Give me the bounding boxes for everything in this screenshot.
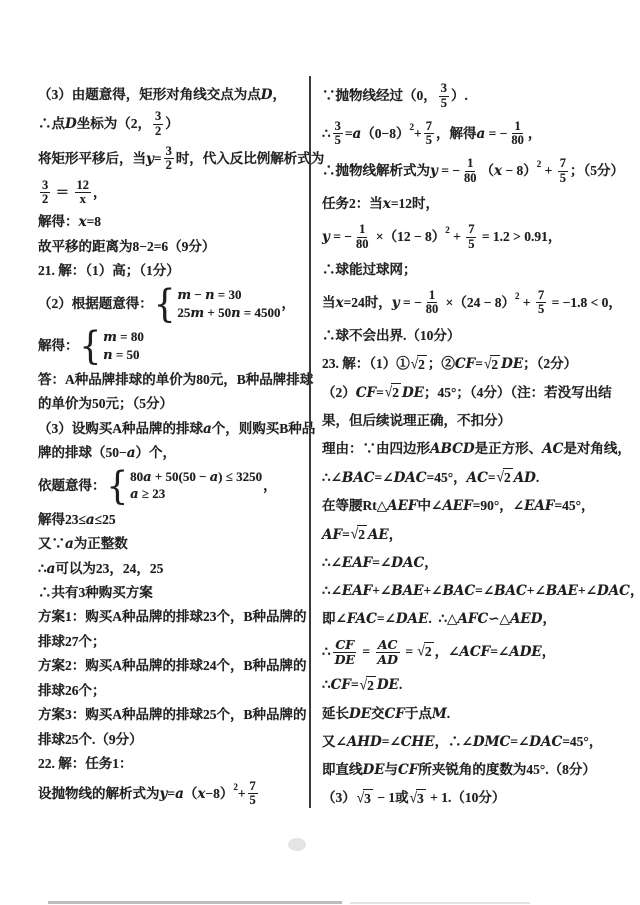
text-run: ；（5分）	[570, 162, 624, 180]
text-run: ∴球不会出界.（10分）	[322, 327, 460, 345]
text-line: 又∵a为正整数	[38, 535, 310, 553]
text-run: ，	[424, 554, 438, 572]
text-line: ∴抛物线解析式为y = −180（x − 8）2 + 75；（5分）	[322, 157, 620, 185]
text-run: 解得23≤	[38, 511, 86, 529]
text-run: ，解得	[436, 125, 477, 143]
text-run: （2）根据题意得：	[38, 295, 153, 313]
text-line: 23. 解：（1）①√2；②CF=√2DE；（2分）	[322, 355, 620, 374]
math-variable: n	[205, 288, 214, 303]
radical: √2	[351, 525, 367, 544]
fraction: CFDE	[333, 638, 357, 666]
text-run: ；45°；（4分）（注：若没写出结	[424, 384, 612, 402]
fraction-denominator: 80	[424, 303, 441, 317]
text-run: .	[536, 469, 539, 487]
fraction-numerator: 1	[357, 223, 367, 238]
text-run: ∴∠	[322, 554, 342, 572]
text-run: =24时，	[344, 294, 392, 312]
answer-sheet-page: （3）由题意得，矩形对角线交点为点D，∴点D坐标为（2，32）将矩形平移后，当y…	[0, 0, 640, 905]
math-variable: x	[383, 195, 391, 213]
math-variable: a	[203, 420, 212, 438]
text-run: − 8）	[502, 162, 537, 180]
math-text: 25	[177, 305, 190, 320]
equation-system: {m − n = 3025m + 50n = 4500	[154, 287, 281, 323]
column-divider-line	[309, 76, 311, 808]
scan-artifact-bar-light	[350, 902, 530, 904]
math-variable: x	[79, 213, 87, 231]
radicand: 2	[503, 468, 513, 487]
text-line: 22. 解：任务1：	[38, 755, 310, 773]
text-run: =90°，∠	[473, 497, 524, 515]
text-line: 的单价为50元；（5分）	[38, 395, 310, 413]
text-run: +	[414, 125, 422, 143]
text-run: 中∠	[418, 497, 443, 515]
radical-sign: √	[417, 642, 424, 662]
math-variable: y	[322, 228, 330, 246]
text-run: =8	[87, 213, 101, 231]
text-run: 排球26个；	[38, 682, 106, 700]
math-text: + 50	[204, 305, 231, 320]
math-variable: AFC	[457, 610, 488, 628]
fraction: 180	[509, 120, 526, 148]
text-run: ＝	[52, 184, 72, 202]
fraction: 35	[333, 120, 343, 148]
fraction-numerator: 1	[427, 289, 437, 304]
text-line: ∵抛物线经过（0，35）.	[322, 82, 620, 110]
math-variable: ACF	[459, 643, 490, 661]
math-variable: FAC	[347, 610, 377, 628]
math-text: ) ≤ 3250	[218, 469, 262, 484]
fraction-numerator: CF	[333, 638, 356, 653]
text-line: 牌的排球（50−a）个，	[38, 444, 310, 462]
math-variable: AHD	[347, 733, 382, 751]
text-run: 即直线	[322, 761, 363, 779]
fraction: 75	[466, 223, 476, 251]
text-line: （2）CF=√2DE；45°；（4分）（注：若没写出结	[322, 383, 620, 402]
system-brace-icon: {	[107, 470, 129, 502]
text-run: +	[450, 228, 464, 246]
fraction-numerator: 1	[465, 157, 475, 172]
text-run: 又∵	[38, 535, 65, 553]
fraction-denominator: 2	[40, 193, 50, 207]
text-line: y = −180 ×（12 − 8）2 + 75 = 1.2 > 0.91，	[322, 223, 620, 251]
radical-sign: √	[411, 354, 418, 374]
system-row: 25m + 50n = 4500	[177, 305, 280, 323]
math-variable: BAE	[546, 582, 578, 600]
text-run: 又∠	[322, 733, 347, 751]
math-text: = 30	[215, 287, 242, 302]
fraction-denominator: 5	[466, 238, 476, 252]
text-run: +∠	[372, 582, 391, 600]
radical: √2	[417, 642, 433, 661]
system-rows: m = 80n = 50	[103, 329, 144, 365]
math-variable: n	[103, 348, 112, 363]
text-run: 排球25个.（9分）	[38, 731, 143, 749]
text-line: 排球27个；	[38, 633, 310, 651]
math-variable: y	[146, 150, 154, 168]
text-run: ，	[93, 184, 107, 202]
system-row: a ≥ 23	[130, 486, 262, 504]
text-run: = −	[330, 228, 352, 246]
text-run: =	[402, 643, 416, 661]
text-run: （3）	[322, 789, 356, 807]
math-variable: DE	[402, 384, 424, 402]
math-text: = 4500	[241, 305, 281, 320]
math-variable: EAF	[524, 497, 554, 515]
text-run: 的单价为50元；（5分）	[38, 395, 173, 413]
fraction-denominator: 2	[153, 125, 163, 139]
fraction-numerator: 7	[424, 120, 434, 135]
math-variable: AEF	[387, 497, 417, 515]
text-line: 故平移的距离为8−2=6（9分）	[38, 238, 310, 256]
text-line: AF=√2AE，	[322, 525, 620, 544]
fraction-numerator: 7	[558, 157, 568, 172]
math-variable: DAC	[597, 582, 630, 600]
fraction: 75	[536, 289, 546, 317]
fraction: 180	[462, 157, 479, 185]
fraction-denominator: 80	[509, 134, 526, 148]
text-run: （3）由题意得，矩形对角线交点为点	[38, 86, 261, 104]
text-line: 排球25个.（9分）	[38, 731, 310, 749]
text-run: = 1.2 > 0.91，	[478, 228, 561, 246]
text-run: =∠	[372, 554, 391, 572]
text-run: . ∴△	[428, 610, 457, 628]
text-line: ∴∠EAF=∠DAC，	[322, 554, 620, 572]
text-line: ∴a可以为23，24，25	[38, 560, 310, 578]
math-text: + 50(50 −	[152, 469, 210, 484]
text-run: − 1或	[374, 789, 409, 807]
text-run: ，∴∠	[435, 733, 473, 751]
fraction-denominator: DE	[333, 653, 357, 667]
text-line: 当x=24时，y = −180 ×（24 − 8）2 + 75 = −1.8 <…	[322, 289, 620, 317]
text-run: 任务2：当	[322, 195, 383, 213]
text-run: 时，代入反比例解析式为	[176, 150, 325, 168]
text-line: ∴点D坐标为（2，32）	[38, 110, 310, 138]
text-run: 于点	[405, 705, 432, 723]
text-run: +	[541, 162, 555, 180]
text-line: 方案2：购买A种品牌的排球24个，B种品牌的	[38, 657, 310, 675]
text-line: 即∠FAC=∠DAE. ∴△AFC∽△AED，	[322, 610, 620, 628]
math-variable: CF	[356, 384, 376, 402]
text-run: 故平移的距离为8−2=6（9分）	[38, 238, 215, 256]
text-run: =∠	[490, 643, 509, 661]
text-run: 依题意得：	[38, 477, 106, 495]
text-run: =	[359, 643, 373, 661]
fraction-numerator: 3	[164, 145, 174, 160]
math-variable: D	[261, 86, 273, 104]
text-run: ∴	[322, 125, 331, 143]
text-run: =	[345, 125, 353, 143]
text-run: ∴点	[38, 115, 65, 133]
math-variable: DAE	[396, 610, 428, 628]
math-variable: AC	[467, 469, 488, 487]
text-run: =	[342, 526, 350, 544]
text-run: ×（24 − 8）	[442, 294, 515, 312]
text-run: ∴∠	[322, 469, 342, 487]
fraction-denominator: 5	[558, 172, 568, 186]
scan-artifact-bar	[48, 901, 342, 904]
math-variable: DMC	[473, 733, 510, 751]
math-variable: a	[175, 785, 184, 803]
fraction: 75	[558, 157, 568, 185]
math-variable: x	[494, 162, 502, 180]
text-run: （0−8）	[361, 125, 409, 143]
text-line: 延长DE交CF于点M.	[322, 705, 620, 723]
fraction-denominator: AD	[375, 653, 400, 667]
math-variable: CHE	[401, 733, 435, 751]
text-line: 解得23≤a≤25	[38, 511, 310, 529]
fraction-denominator: 5	[536, 303, 546, 317]
text-line: 方案3：购买A种品牌的排球25个，B种品牌的	[38, 706, 310, 724]
radical-sign: √	[357, 788, 364, 808]
text-run: +	[520, 294, 534, 312]
text-run: 即∠	[322, 610, 347, 628]
text-run: 解得：	[38, 337, 79, 355]
math-variable: x	[336, 294, 344, 312]
radicand: 3	[416, 789, 426, 808]
text-run: +	[238, 785, 246, 803]
fraction-numerator: 3	[40, 179, 50, 194]
scan-smudge	[288, 838, 306, 851]
text-line: 32 ＝ 12x，	[38, 179, 310, 207]
text-run: （	[481, 162, 495, 180]
text-line: 任务2：当x=12时，	[322, 195, 620, 213]
text-run: 坐标为（2，	[77, 115, 151, 133]
text-line: 理由：∵由四边形ABCD是正方形、AC是对角线，	[322, 440, 620, 458]
text-line: 即直线DE与CF所夹锐角的度数为45°.（8分）	[322, 761, 620, 779]
fraction-denominator: 80	[462, 172, 479, 186]
math-variable: a	[210, 470, 218, 485]
text-run: ∴	[322, 676, 331, 694]
text-run: 牌的排球（50−	[38, 444, 127, 462]
text-run: ∴球能过球网；	[322, 261, 417, 279]
text-run: 与	[385, 761, 399, 779]
fraction-denominator: 5	[333, 134, 343, 148]
text-run: ，	[389, 526, 403, 544]
right-column: ∵抛物线经过（0，35）.∴35=a（0−8）2+75，解得a = −180，∴…	[322, 82, 620, 808]
radical: √2	[484, 355, 500, 374]
text-line: 排球26个；	[38, 682, 310, 700]
fraction: ACAD	[375, 638, 400, 666]
math-variable: ADE	[509, 643, 541, 661]
math-variable: DE	[377, 676, 399, 694]
text-run: =45°，	[554, 497, 594, 515]
math-variable: CF	[398, 761, 418, 779]
text-run: =	[351, 676, 359, 694]
text-line: 解得：x=8	[38, 213, 310, 231]
text-run: ，	[542, 643, 556, 661]
text-run: ，	[630, 582, 640, 600]
equation-system: {80a + 50(50 − a) ≤ 3250a ≥ 23	[107, 469, 263, 505]
math-variable: DE	[349, 705, 371, 723]
text-line: 又∠AHD=∠CHE，∴∠DMC=∠DAC=45°，	[322, 733, 620, 751]
math-variable: m	[190, 306, 204, 321]
math-text: −	[191, 287, 205, 302]
text-run: ∴共有3种购买方案	[38, 584, 153, 602]
text-run: ；②	[428, 355, 455, 373]
math-variable: a	[143, 470, 151, 485]
text-run: ，	[263, 477, 277, 495]
math-variable: CF	[455, 355, 475, 373]
fraction-denominator: 80	[354, 238, 371, 252]
radical: √2	[497, 468, 513, 487]
text-run: =12时，	[391, 195, 439, 213]
math-variable: AED	[510, 610, 542, 628]
text-run: ∴	[322, 643, 331, 661]
radical-sign: √	[484, 354, 491, 374]
fraction-numerator: 3	[439, 82, 449, 97]
text-line: ∴共有3种购买方案	[38, 584, 310, 602]
text-line: （3）由题意得，矩形对角线交点为点D，	[38, 86, 310, 104]
text-run: +∠	[578, 582, 597, 600]
fraction: 75	[248, 780, 258, 808]
text-run: + 1.（10分）	[427, 789, 506, 807]
math-variable: a	[353, 125, 362, 143]
text-run: 个，则购买B种品	[212, 420, 316, 438]
math-variable: a	[86, 511, 95, 529]
fraction-denominator: 5	[424, 134, 434, 148]
text-run: 为正整数	[74, 535, 128, 553]
fraction-denominator: x	[78, 193, 88, 207]
fraction: 12x	[75, 179, 92, 207]
fraction: 35	[439, 82, 449, 110]
math-variable: M	[432, 705, 447, 723]
fraction-denominator: 5	[248, 794, 258, 808]
math-variable: a	[476, 125, 485, 143]
math-variable: y	[430, 162, 438, 180]
math-variable: DAC	[394, 469, 427, 487]
text-line: ∴CFDE = ACAD = √2，∠ACF=∠ADE，	[322, 638, 620, 666]
fraction-numerator: 12	[75, 179, 92, 194]
fraction-denominator: 2	[164, 159, 174, 173]
math-variable: AD	[514, 469, 536, 487]
text-run: .	[447, 705, 450, 723]
text-run: ≤25	[95, 511, 116, 529]
text-run: 是正方形、	[475, 440, 543, 458]
text-line: 解得：{m = 80n = 50	[38, 329, 310, 365]
text-line: （2）根据题意得：{m − n = 3025m + 50n = 4500，	[38, 287, 310, 323]
math-variable: BAC	[442, 582, 475, 600]
radicand: 2	[366, 676, 376, 695]
math-variable: DE	[363, 761, 385, 779]
text-line: 果，但后续说理正确，不扣分）	[322, 412, 620, 430]
equation-system: {m = 80n = 50	[80, 329, 144, 365]
text-run: =	[488, 469, 496, 487]
fraction-numerator: 7	[466, 223, 476, 238]
text-run: = −	[438, 162, 460, 180]
text-run: （	[184, 785, 198, 803]
text-run: 果，但后续说理正确，不扣分）	[322, 412, 511, 430]
math-variable: EAF	[342, 582, 372, 600]
text-line: （3）√3 − 1或√3 + 1.（10分）	[322, 789, 620, 808]
text-run: 将矩形平移后，当	[38, 150, 146, 168]
fraction: 32	[164, 145, 174, 173]
fraction-denominator: 5	[439, 97, 449, 111]
text-run: =45°，	[562, 733, 602, 751]
fraction-numerator: 7	[248, 780, 258, 795]
fraction: 32	[153, 110, 163, 138]
text-run: ）个，	[135, 444, 176, 462]
math-variable: EAF	[342, 554, 372, 572]
text-run: 解得：	[38, 213, 79, 231]
math-variable: DAC	[529, 733, 562, 751]
system-rows: 80a + 50(50 − a) ≤ 3250a ≥ 23	[130, 469, 262, 505]
text-run: ，∠	[435, 643, 460, 661]
radical-sign: √	[385, 383, 392, 403]
left-column: （3）由题意得，矩形对角线交点为点D，∴点D坐标为（2，32）将矩形平移后，当y…	[38, 86, 310, 808]
text-run: 在等腰Rt△	[322, 497, 387, 515]
system-rows: m − n = 3025m + 50n = 4500	[177, 287, 280, 323]
math-variable: m	[177, 288, 191, 303]
math-variable: AE	[368, 526, 389, 544]
text-run: +∠	[423, 582, 442, 600]
system-row: n = 50	[103, 347, 144, 365]
math-variable: DAC	[391, 554, 424, 572]
text-line: ∴∠BAC=∠DAC=45°，AC=√2AD.	[322, 468, 620, 487]
fraction-numerator: 3	[153, 110, 163, 125]
text-run: 延长	[322, 705, 349, 723]
text-run: 方案3：购买A种品牌的排球25个，B种品牌的	[38, 706, 307, 724]
text-run: =45°，	[427, 469, 467, 487]
math-text: 80	[130, 469, 143, 484]
radical: √3	[357, 789, 373, 808]
text-line: 在等腰Rt△AEF中∠AEF=90°，∠EAF=45°，	[322, 497, 620, 515]
text-run: ）.	[451, 87, 468, 105]
fraction: 180	[424, 289, 441, 317]
text-line: 21. 解：（1）高；（1分）	[38, 262, 310, 280]
radical-sign: √	[351, 525, 358, 545]
math-variable: DE	[501, 355, 523, 373]
text-run: ×（12 − 8）	[373, 228, 446, 246]
fraction-numerator: 1	[512, 120, 522, 135]
text-run: ，	[542, 610, 556, 628]
radical-sign: √	[410, 788, 417, 808]
fraction: 75	[424, 120, 434, 148]
math-text: = 50	[113, 347, 140, 362]
text-line: 设抛物线的解析式为y=a（x−8）2+75	[38, 780, 310, 808]
math-variable: a	[130, 487, 138, 502]
text-run: =∠	[510, 733, 529, 751]
text-run: ∴抛物线解析式为	[322, 162, 430, 180]
text-line: 答：A种品牌排球的单价为80元，B种品牌排球	[38, 371, 310, 389]
text-run: ，	[281, 295, 295, 313]
text-run: 是对角线，	[563, 440, 631, 458]
math-variable: D	[65, 115, 77, 133]
text-run: 23. 解：（1）①	[322, 355, 410, 373]
text-run: =∠	[375, 469, 394, 487]
math-variable: ABCD	[430, 440, 475, 458]
text-run: 所夹锐角的度数为45°.（8分）	[418, 761, 596, 779]
system-brace-icon: {	[154, 288, 176, 320]
radical-sign: √	[360, 675, 367, 695]
text-run: 设抛物线的解析式为	[38, 785, 160, 803]
text-run: −8）	[205, 785, 233, 803]
math-variable: y	[392, 294, 400, 312]
text-line: ∴球不会出界.（10分）	[322, 327, 620, 345]
text-run: ）	[165, 115, 179, 133]
text-run: ∽△	[488, 610, 510, 628]
radicand: 2	[417, 355, 427, 374]
math-variable: n	[231, 306, 240, 321]
math-variable: a	[65, 535, 74, 553]
fraction-numerator: 7	[536, 289, 546, 304]
radicand: 2	[357, 525, 367, 544]
math-variable: AF	[322, 526, 342, 544]
math-variable: BAE	[391, 582, 423, 600]
radical-sign: √	[497, 468, 504, 488]
text-run: 方案2：购买A种品牌的排球24个，B种品牌的	[38, 657, 307, 675]
text-line: ∴35=a（0−8）2+75，解得a = −180，	[322, 120, 620, 148]
math-text: ≥ 23	[139, 486, 166, 501]
